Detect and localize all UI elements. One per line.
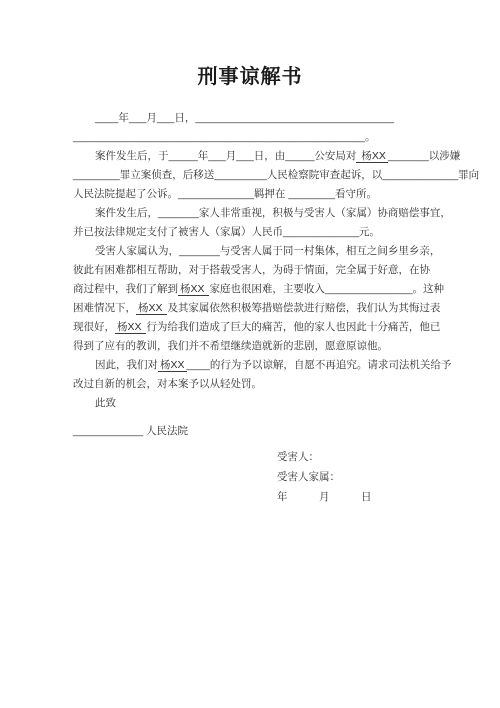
document-page: 刑事谅解书 ____年___月___日，____________________… [0,0,500,708]
document-line: 案件发生后，_______家人非常重视，积极与受害人（家属）协商赔偿事宜， [73,204,435,223]
text-run: 受害人家属认为，_______与受害人属于同一村集体，相互之间乡里乡亲， [95,245,440,257]
signature-block: 受害人： 受害人家属： 年 月 日 [277,447,372,507]
text-run: ________________________________________… [73,131,375,143]
document-line: ____年___月___日，__________________________… [73,109,435,128]
date-line: 年 月 日 [277,487,372,507]
document-line: 困难情况下，杨XX 及其家属依然积极筹措赔偿款进行赔偿，我们认为其悔过表 [73,299,435,318]
document-line: 现很好，杨XX 行为给我们造成了巨大的痛苦，他的家人也因此十分痛苦，他已 [73,318,435,337]
document-line: 商过程中，我们了解到杨XX 家庭也很困难，主要收入_______________… [73,280,435,299]
document-line: 人民法院提起了公诉。_____________羁押在 ________看守所。 [73,185,435,204]
text-run: ________罪立案侦查，后移送_________人民检察院审查起诉，以___… [73,169,479,181]
text-run: 得到了应有的教训，我们并不希望继续造就新的悲剧，愿意原谅他。 [73,340,388,352]
text-run: 商过程中，我们了解到 [73,283,178,295]
document-line: 得到了应有的教训，我们并不希望继续造就新的悲剧，愿意原谅他。 [73,337,435,356]
text-run: 因此，我们对 [95,359,158,371]
document-line: 并已按法律规定支付了被害人（家属）人民币_____________元。 [73,223,435,242]
text-run: 彼此有困难都相互帮助，对于搭载受害人，为碍于情面，完全属于好意，在协 [73,264,430,276]
document-line: 彼此有困难都相互帮助，对于搭载受害人，为碍于情面，完全属于好意，在协 [73,261,435,280]
family-signature-line: 受害人家属： [277,467,372,487]
court-line: ____________ 人民法院 [73,422,435,441]
text-run: ____年___月___日，__________________________… [95,112,394,124]
victim-signature-line: 受害人： [277,447,372,467]
underlined-name: 杨XX [178,283,209,296]
document-line: 案件发生后，于_____年___月___日，由_____公安局对 杨XX____… [73,147,435,166]
text-run: 及其家属依然积极筹措赔偿款进行赔偿，我们认为其悔过表 [167,302,440,314]
underlined-name: 杨XX [356,150,387,163]
document-line: 因此，我们对杨XX____的行为予以谅解，自愿不再追究。请求司法机关给予 [73,356,435,375]
text-run: 并已按法律规定支付了被害人（家属）人民币_____________元。 [73,226,380,238]
text-run: 此致 [95,397,116,409]
document-body: ____年___月___日，__________________________… [73,109,435,441]
salute-line: 此致 [73,394,435,413]
document-line: ________________________________________… [73,128,435,147]
text-run: 案件发生后，于_____年___月___日，由_____公安局对 [95,150,356,162]
text-run: 困难情况下， [73,302,136,314]
text-run: ____的行为予以谅解，自愿不再追究。请求司法机关给予 [187,359,452,371]
document-line: ________罪立案侦查，后移送_________人民检察院审查起诉，以___… [73,166,435,185]
document-line: 改过自新的机会，对本案予以从轻处罚。 [73,375,435,394]
text-run: 现很好， [73,321,115,333]
underlined-name: 杨XX [115,321,146,334]
document-title: 刑事谅解书 [0,60,500,89]
text-run: 行为给我们造成了巨大的痛苦，他的家人也因此十分痛苦，他已 [146,321,440,333]
document-line: 受害人家属认为，_______与受害人属于同一村集体，相互之间乡里乡亲， [73,242,435,261]
underlined-name: 杨XX [158,359,187,372]
text-run: 家庭也很困难，主要收入_______________。这种 [209,283,444,295]
text-run: 案件发生后，_______家人非常重视，积极与受害人（家属）协商赔偿事宜， [95,207,451,219]
text-run: 人民法院提起了公诉。_____________羁押在 ________看守所。 [73,188,377,200]
text-run: 改过自新的机会，对本案予以从轻处罚。 [73,378,262,390]
text-run: _______以涉嫌 [388,150,460,162]
text-run: ____________ 人民法院 [73,425,188,437]
underlined-name: 杨XX [136,302,167,315]
